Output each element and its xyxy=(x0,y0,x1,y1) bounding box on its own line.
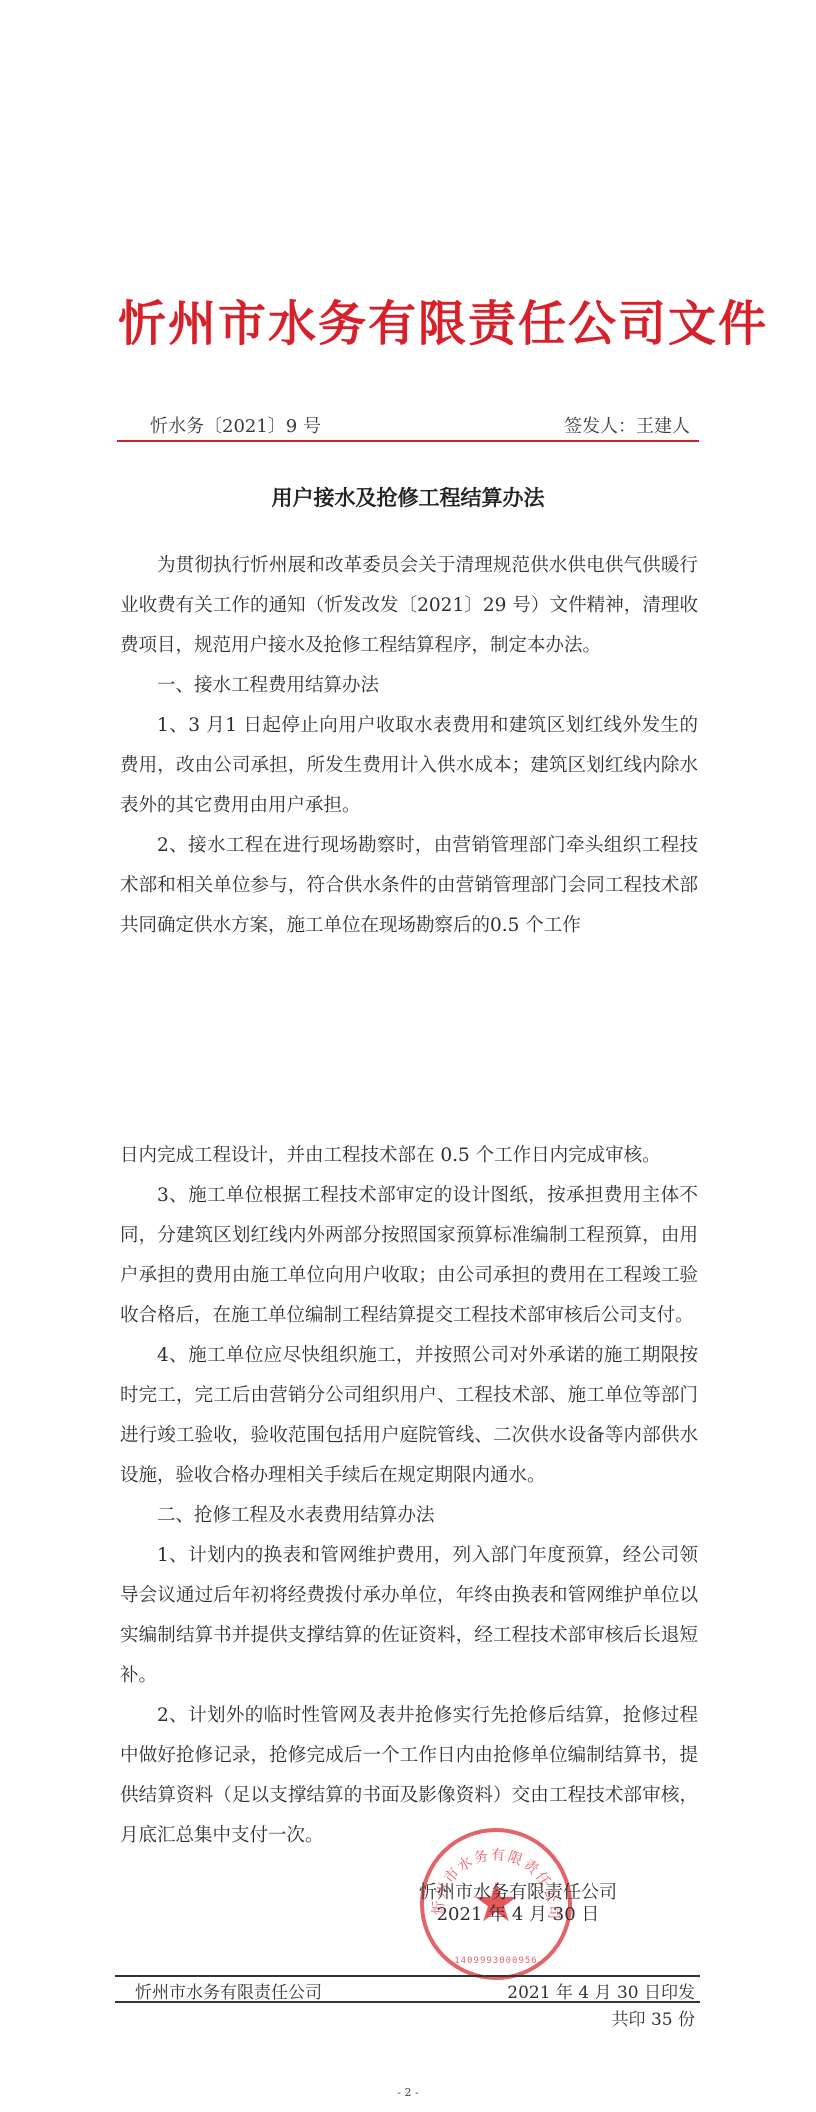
seal-code: 1409993000956 xyxy=(424,1956,568,1966)
signature-org: 忻州市水务有限责任公司 xyxy=(388,1882,648,1904)
document-body-page2: 日内完成工程设计，并由工程技术部在 0.5 个工作日内完成审核。 3、施工单位根… xyxy=(120,1136,698,1856)
footer-org: 忻州市水务有限责任公司 xyxy=(135,1978,322,2003)
section1-item3: 3、施工单位根据工程技术部审定的设计图纸，按承担费用主体不同，分建筑区划红线内外… xyxy=(120,1176,698,1336)
red-divider-line xyxy=(117,440,699,442)
signature-block: 忻州市水务有限责任公司 2021 年 4 月 30 日 xyxy=(388,1882,648,1926)
page-break-gap xyxy=(0,940,816,1130)
footer-bottom-rule xyxy=(115,2001,700,2003)
document-number-row: 忻水务〔2021〕9 号 签发人：王建人 xyxy=(150,412,690,440)
section2-heading: 二、抢修工程及水表费用结算办法 xyxy=(120,1496,698,1536)
paragraph-intro: 为贯彻执行忻州展和改革委员会关于清理规范供水供电供气供暖行业收费有关工作的通知（… xyxy=(120,546,698,666)
section1-item2-part1: 2、接水工程在进行现场勘察时，由营销管理部门牵头组织工程技术部和相关单位参与，符… xyxy=(120,826,698,946)
section1-heading: 一、接水工程费用结算办法 xyxy=(120,666,698,706)
section1-item4: 4、施工单位应尽快组织施工，并按照公司对外承诺的施工期限按时完工，完工后由营销分… xyxy=(120,1336,698,1496)
section2-item1: 1、计划内的换表和管网维护费用，列入部门年度预算，经公司领导会议通过后年初将经费… xyxy=(120,1536,698,1696)
footer-top-rule xyxy=(115,1975,700,1977)
footer-print-date: 2021 年 4 月 30 日印发 xyxy=(507,1978,695,2003)
section1-item2-part2: 日内完成工程设计，并由工程技术部在 0.5 个工作日内完成审核。 xyxy=(120,1136,698,1176)
signature-date: 2021 年 4 月 30 日 xyxy=(388,1904,648,1926)
footer-copies: 共印 35 份 xyxy=(612,2005,695,2030)
section2-item2: 2、计划外的临时性管网及表井抢修实行先抢修后结算，抢修过程中做好抢修记录，抢修完… xyxy=(120,1696,698,1856)
section1-item1: 1、3 月1 日起停止向用户收取水表费用和建筑区划红线外发生的费用，改由公司承担… xyxy=(120,706,698,826)
document-red-header-title: 忻州市水务有限责任公司文件 xyxy=(118,282,698,366)
page-number: - 2 - xyxy=(0,2086,816,2099)
document-number: 忻水务〔2021〕9 号 xyxy=(150,412,321,438)
document-body-page1: 为贯彻执行忻州展和改革委员会关于清理规范供水供电供气供暖行业收费有关工作的通知（… xyxy=(120,546,698,946)
document-title: 用户接水及抢修工程结算办法 xyxy=(0,482,816,512)
signer: 签发人：王建人 xyxy=(564,412,690,438)
